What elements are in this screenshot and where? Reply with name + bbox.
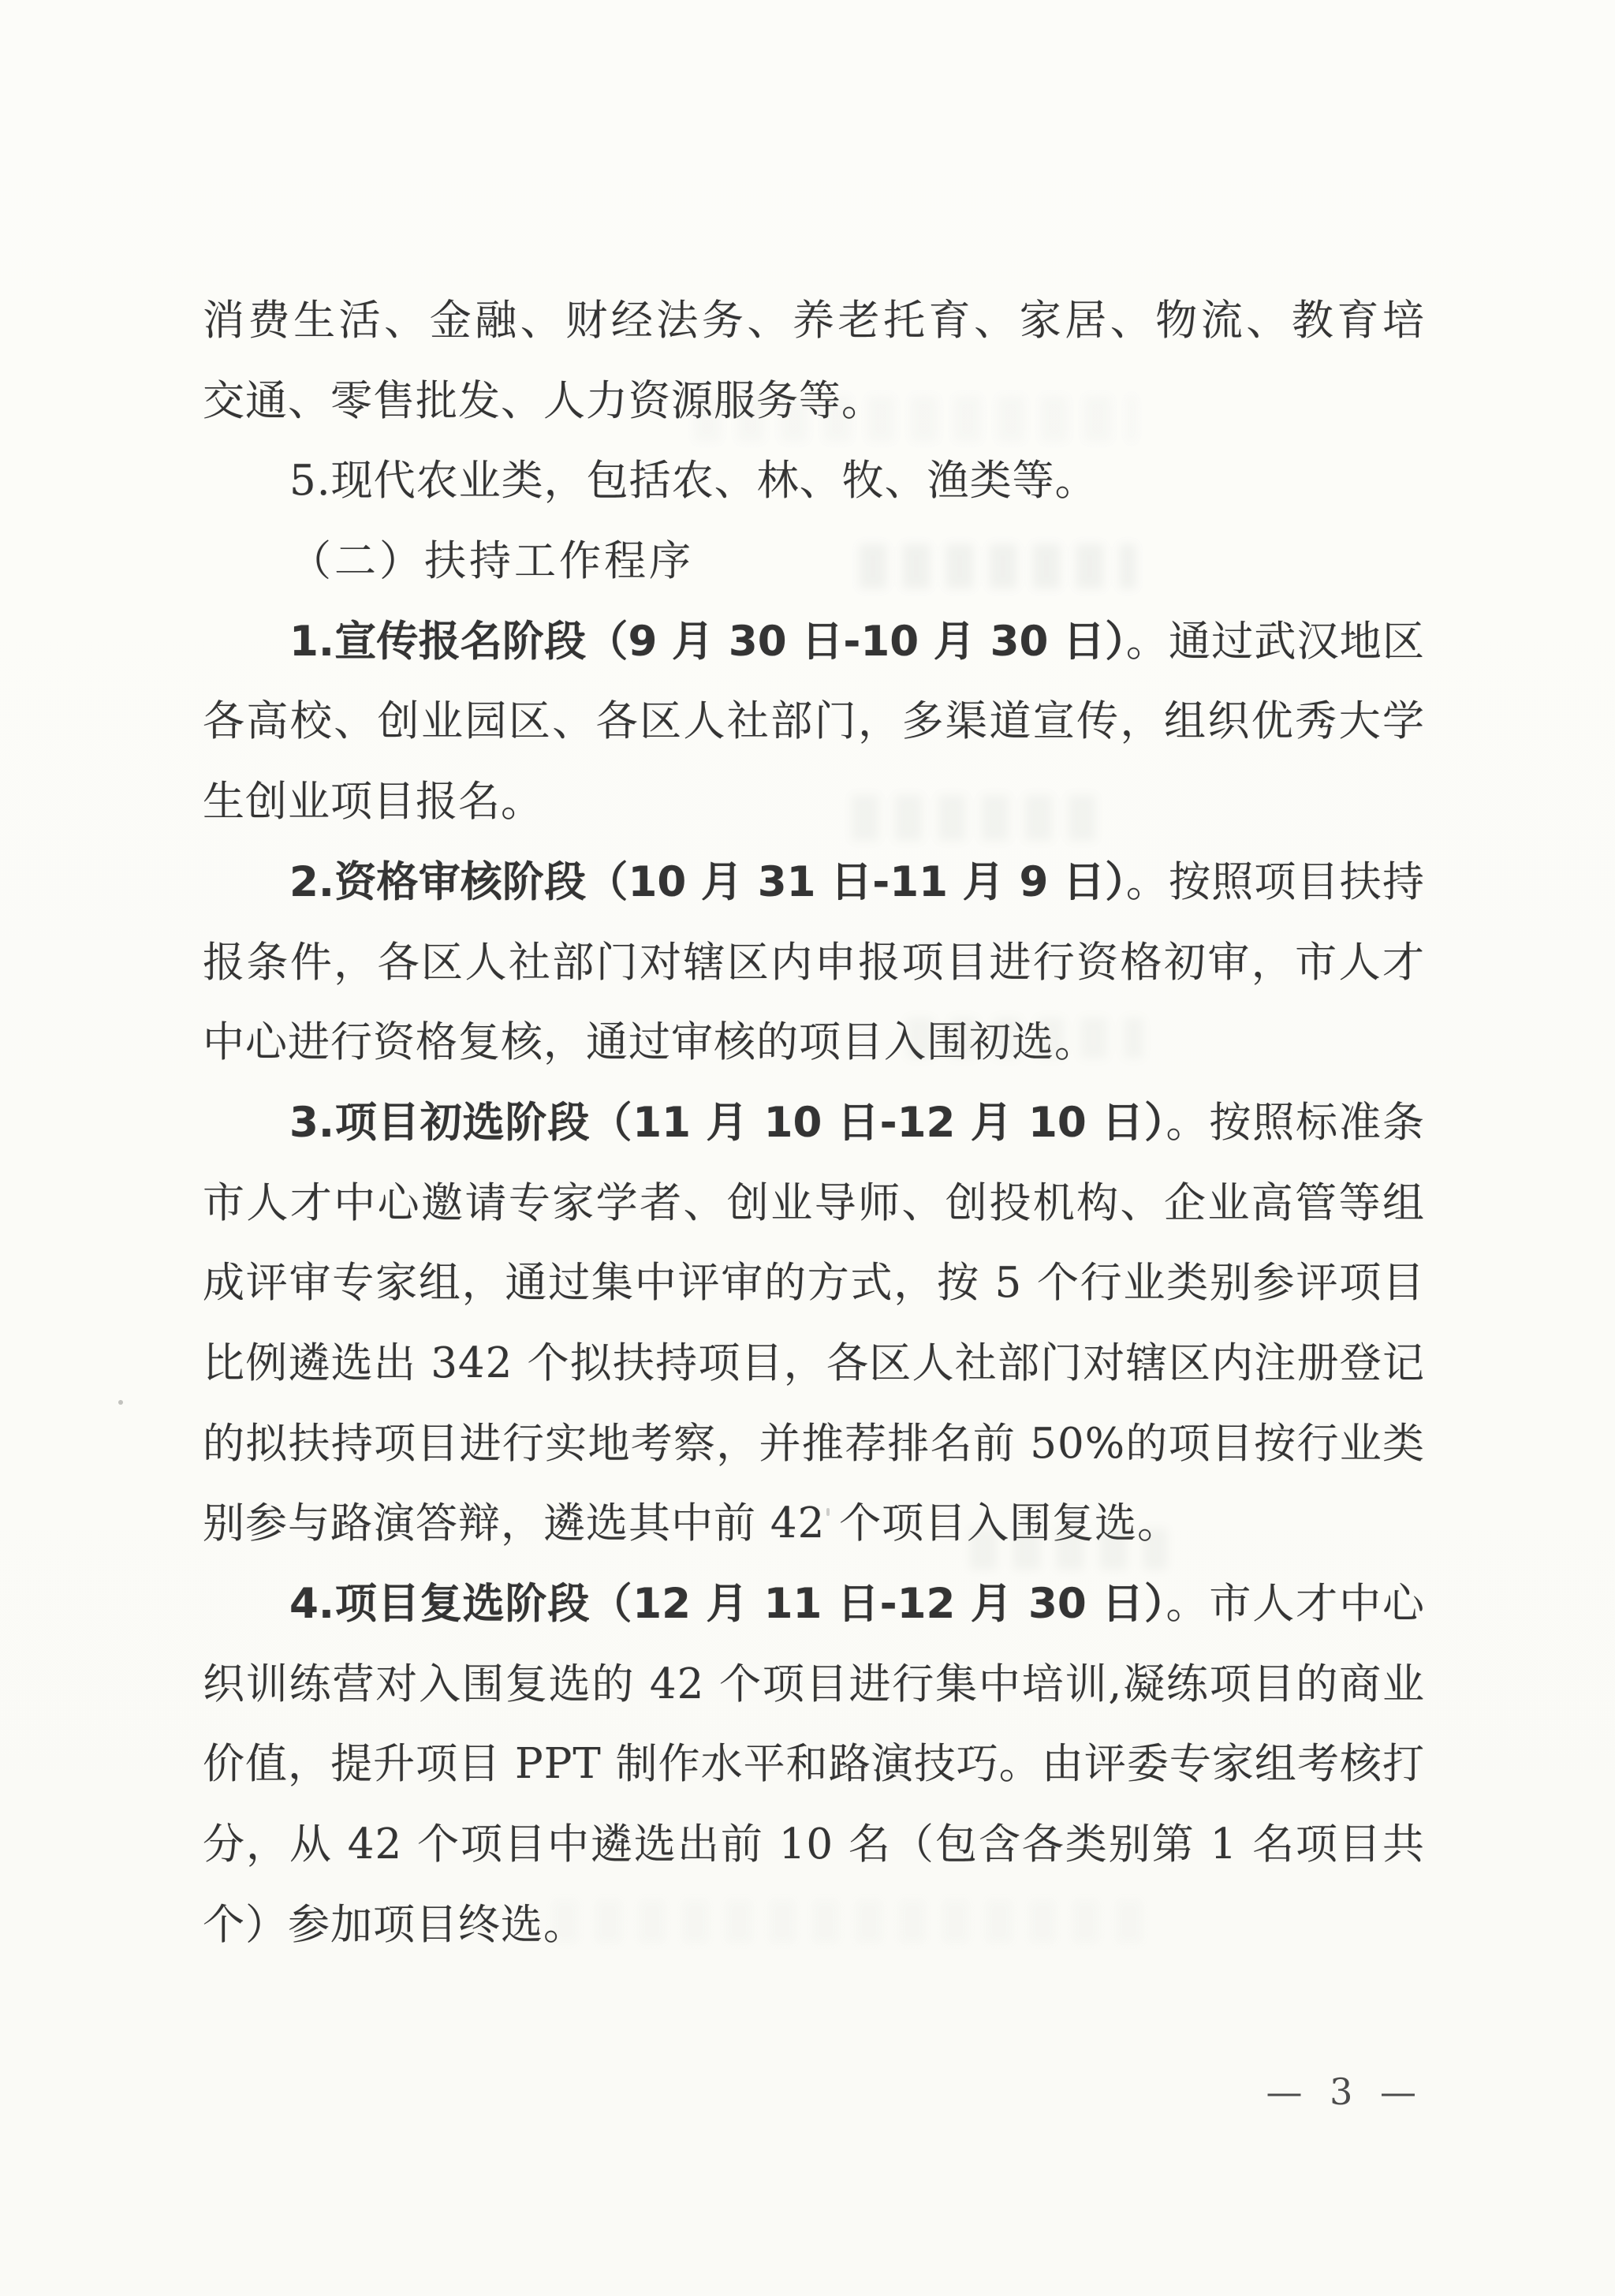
text-run-bold: 2.资格审核阶段（10 月 31 日-11 月 9 日） (289, 858, 1126, 906)
text-line: 4.项目复选阶段（12 月 11 日-12 月 30 日）。市人才中心组 (203, 1564, 1425, 1645)
scanned-document-page: 消费生活、金融、财经法务、养老托育、家居、物流、教育培训、交通、零售批发、人力资… (0, 0, 1615, 2296)
text-run-bold: 4.项目复选阶段（12 月 11 日-12 月 30 日） (289, 1580, 1166, 1628)
text-run-normal: 。通过武汉地区 (1126, 618, 1425, 666)
text-line: 的拟扶持项目进行实地考察，并推荐排名前 50%的项目按行业类 (203, 1404, 1425, 1484)
text-run-normal: 生创业项目报名。 (203, 778, 543, 826)
text-run-normal: 5.现代农业类，包括农、林、牧、渔类等。 (289, 457, 1098, 505)
text-run-normal: 别参与路演答辩，遴选其中前 42 个项目入围复选。 (203, 1499, 1180, 1547)
text-line: 别参与路演答辩，遴选其中前 42 个项目入围复选。 (203, 1484, 1425, 1564)
text-run-bold: 3.项目初选阶段（11 月 10 日-12 月 10 日） (289, 1099, 1166, 1147)
text-run-normal: 织训练营对入围复选的 42 个项目进行集中培训,凝练项目的商业 (203, 1660, 1425, 1708)
text-run-normal: 交通、零售批发、人力资源服务等。 (203, 377, 884, 425)
text-line: 3.项目初选阶段（11 月 10 日-12 月 10 日）。按照标准条件， (203, 1083, 1425, 1163)
text-line: 织训练营对入围复选的 42 个项目进行集中培训,凝练项目的商业 (203, 1645, 1425, 1725)
text-line: 中心进行资格复核，通过审核的项目入围初选。 (203, 1002, 1425, 1083)
text-line: 分，从 42 个项目中遴选出前 10 名（包含各类别第 1 名项目共 5 (203, 1805, 1425, 1885)
text-line: 成评审专家组，通过集中评审的方式，按 5 个行业类别参评项目 (203, 1243, 1425, 1323)
text-run-normal: 的拟扶持项目进行实地考察，并推荐排名前 50%的项目按行业类 (203, 1420, 1425, 1468)
text-run-normal: 消费生活、金融、财经法务、养老托育、家居、物流、教育培训、 (203, 297, 1425, 361)
text-run-normal: 个）参加项目终选。 (203, 1901, 586, 1949)
text-line: 5.现代农业类，包括农、林、牧、渔类等。 (203, 441, 1425, 521)
text-run-bold: 1.宣传报名阶段（9 月 30 日-10 月 30 日） (289, 618, 1126, 666)
text-line: 消费生活、金融、财经法务、养老托育、家居、物流、教育培训、 (203, 281, 1425, 361)
text-run-normal: 市人才中心邀请专家学者、创业导师、创投机构、企业高管等组 (203, 1179, 1425, 1227)
text-run-normal: 中心进行资格复核，通过审核的项目入围初选。 (203, 1018, 1097, 1066)
document-body: 消费生活、金融、财经法务、养老托育、家居、物流、教育培训、交通、零售批发、人力资… (203, 281, 1425, 1965)
text-line: 1.宣传报名阶段（9 月 30 日-10 月 30 日）。通过武汉地区 (203, 602, 1425, 682)
text-run-kai: （二）扶持工作程序 (289, 537, 694, 585)
text-run-normal: 成评审专家组，通过集中评审的方式，按 5 个行业类别参评项目 (203, 1259, 1425, 1307)
text-line: 市人才中心邀请专家学者、创业导师、创投机构、企业高管等组 (203, 1163, 1425, 1244)
text-run-normal: 报条件，各区人社部门对辖区内申报项目进行资格初审，市人才 (203, 939, 1425, 987)
text-line: 报条件，各区人社部门对辖区内申报项目进行资格初审，市人才 (203, 923, 1425, 1003)
text-line: 比例遴选出 342 个拟扶持项目，各区人社部门对辖区内注册登记 (203, 1323, 1425, 1404)
text-run-normal: 比例遴选出 342 个拟扶持项目，各区人社部门对辖区内注册登记 (203, 1339, 1425, 1387)
page-number: — 3 — (1266, 2068, 1424, 2115)
text-line: 各高校、创业园区、各区人社部门，多渠道宣传，组织优秀大学 (203, 681, 1425, 762)
text-run-normal: 分，从 42 个项目中遴选出前 10 名（包含各类别第 1 名项目共 5 (203, 1820, 1425, 1885)
text-line: （二）扶持工作程序 (203, 521, 1425, 602)
text-line: 2.资格审核阶段（10 月 31 日-11 月 9 日）。按照项目扶持申 (203, 842, 1425, 923)
text-line: 交通、零售批发、人力资源服务等。 (203, 361, 1425, 442)
text-line: 生创业项目报名。 (203, 762, 1425, 842)
text-line: 价值，提升项目 PPT 制作水平和路演技巧。由评委专家组考核打 (203, 1724, 1425, 1805)
scan-speck (118, 1400, 123, 1405)
text-run-normal: 价值，提升项目 PPT 制作水平和路演技巧。由评委专家组考核打 (203, 1740, 1425, 1788)
text-line: 个）参加项目终选。 (203, 1885, 1425, 1966)
text-run-normal: 各高校、创业园区、各区人社部门，多渠道宣传，组织优秀大学 (203, 697, 1425, 745)
